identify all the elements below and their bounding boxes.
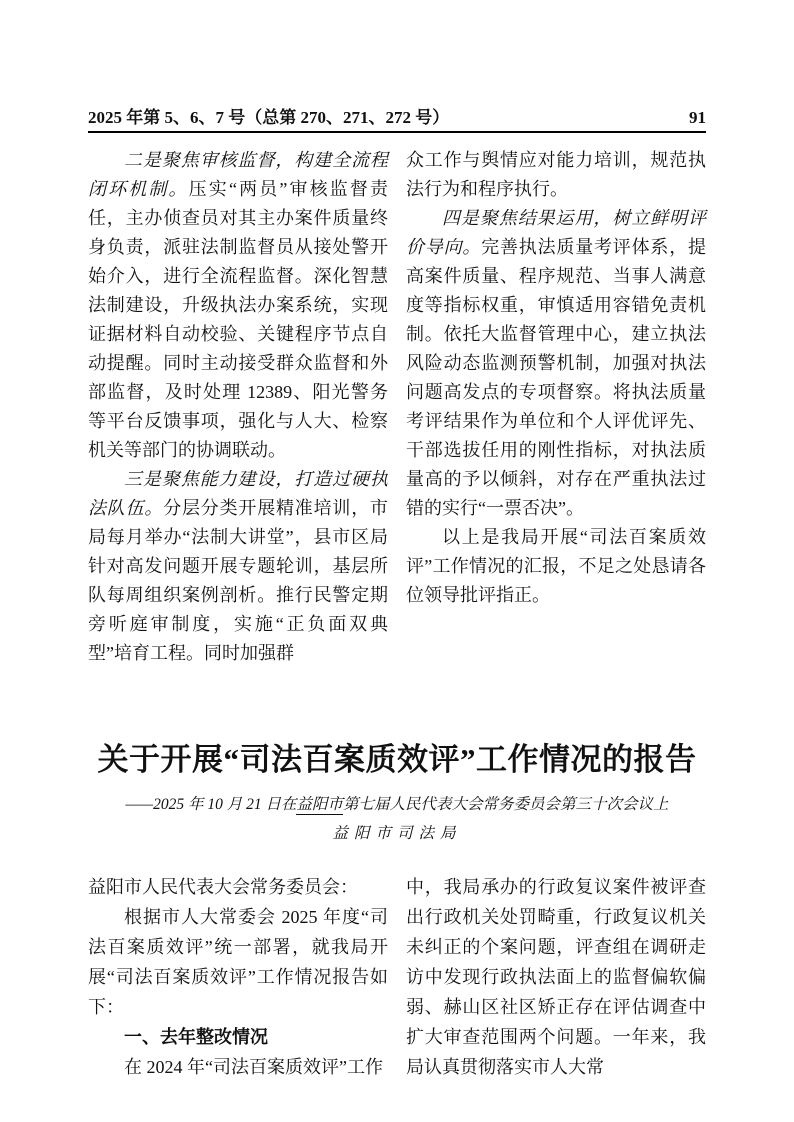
paragraph: 四是聚焦结果运用，树立鲜明评价导向。完善执法质量考评体系，提高案件质量、程序规范…: [406, 204, 706, 523]
paragraph-text: 众工作与舆情应对能力培训，规范执法行为和程序执行。: [406, 150, 706, 199]
journal-header: 2025 年第 5、6、7 号（总第 270、271、272 号） 91: [88, 108, 706, 133]
paragraph: 中，我局承办的行政复议案件被评查出行政机关处罚畸重，行政复议机关未纠正的个案问题…: [406, 872, 706, 1082]
paragraph-text: 完善执法质量考评体系，提高案件质量、程序规范、当事人满意度等指标权重，审慎适用容…: [406, 237, 706, 518]
bottom-right-column: 中，我局承办的行政复议案件被评查出行政机关处罚畸重，行政复议机关未纠正的个案问题…: [406, 872, 706, 1082]
top-left-column: 二是聚焦审核监督，构建全流程闭环机制。压实“两员”审核监督责任，主办侦查员对其主…: [88, 146, 388, 668]
paragraph: 三是聚焦能力建设，打造过硬执法队伍。分层分类开展精准培训，市局每月举办“法制大讲…: [88, 465, 388, 668]
article-subtitle: ——2025 年 10 月 21 日在益阳市第七届人民代表大会常务委员会第三十次…: [88, 795, 706, 815]
top-section: 二是聚焦审核监督，构建全流程闭环机制。压实“两员”审核监督责任，主办侦查员对其主…: [88, 146, 706, 668]
subtitle-suffix: 第七届人民代表大会常务委员会第三十次会议上: [343, 796, 669, 813]
paragraph: 二是聚焦审核监督，构建全流程闭环机制。压实“两员”审核监督责任，主办侦查员对其主…: [88, 146, 388, 465]
paragraph: 众工作与舆情应对能力培训，规范执法行为和程序执行。: [406, 146, 706, 204]
paragraph-text: 分层分类开展精准培训，市局每月举办“法制大讲堂”，县市区局针对高发问题开展专题轮…: [88, 498, 388, 663]
article-title-block: 关于开展“司法百案质效评”工作情况的报告 ——2025 年 10 月 21 日在…: [88, 742, 706, 844]
bottom-left-column: 益阳市人民代表大会常务委员会： 根据市人大常委会 2025 年度“司法百案质效评…: [88, 872, 388, 1082]
article-author: 益阳市司法局: [88, 824, 706, 844]
article-title: 关于开展“司法百案质效评”工作情况的报告: [88, 742, 706, 778]
bottom-section: 益阳市人民代表大会常务委员会： 根据市人大常委会 2025 年度“司法百案质效评…: [88, 872, 706, 1082]
subtitle-prefix: ——2025 年 10 月 21 日在: [126, 796, 297, 813]
document-page: 2025 年第 5、6、7 号（总第 270、271、272 号） 91 二是聚…: [0, 0, 794, 1122]
issue-info: 2025 年第 5、6、7 号（总第 270、271、272 号）: [88, 108, 449, 128]
salutation: 益阳市人民代表大会常务委员会：: [88, 872, 388, 902]
paragraph: 根据市人大常委会 2025 年度“司法百案质效评”统一部署，就我局开展“司法百案…: [88, 902, 388, 1022]
paragraph-text: 压实“两员”审核监督责任，主办侦查员对其主办案件质量终身负责，派驻法制监督员从接…: [88, 179, 388, 460]
section-heading: 一、去年整改情况: [88, 1022, 388, 1052]
paragraph: 以上是我局开展“司法百案质效评”工作情况的汇报，不足之处恳请各位领导批评指正。: [406, 523, 706, 610]
paragraph-text: 以上是我局开展“司法百案质效评”工作情况的汇报，不足之处恳请各位领导批评指正。: [406, 527, 706, 605]
paragraph: 在 2024 年“司法百案质效评”工作: [88, 1052, 388, 1082]
top-right-column: 众工作与舆情应对能力培训，规范执法行为和程序执行。 四是聚焦结果运用，树立鲜明评…: [406, 146, 706, 668]
subtitle-place-name: 益阳市: [296, 796, 343, 815]
page-number: 91: [689, 108, 706, 128]
